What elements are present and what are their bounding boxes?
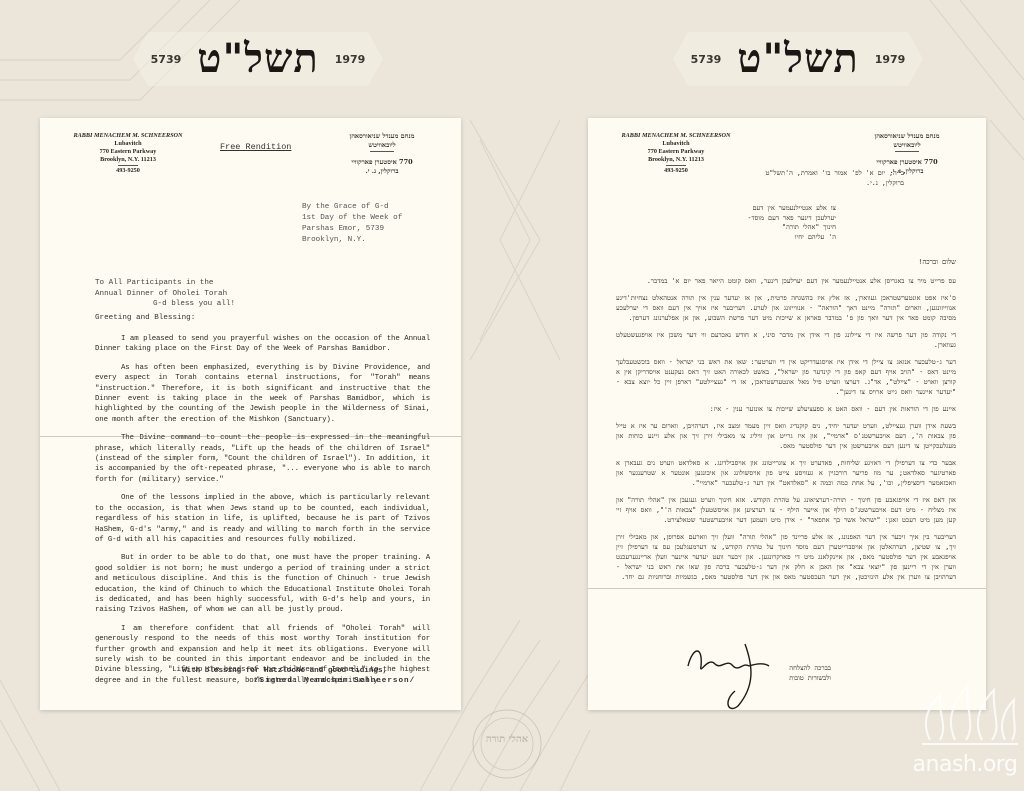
- closing-line: ולבשורות טובות: [789, 673, 831, 683]
- paragraph: דער ג-טלעכער אנזאג צו ציילן די אידן איז …: [616, 357, 956, 397]
- letterhead-org: ליובאוויטש: [327, 141, 437, 150]
- date-line: ברוקלין, נ.י.: [765, 178, 904, 188]
- paragraph: ס'איז אפט אונטערשטראכן געווארן, אז אלץ א…: [616, 293, 956, 323]
- date-line: Brooklyn, N.Y.: [302, 235, 402, 246]
- closing-line: With blessing for Hatzlocho and good tid…: [182, 666, 415, 676]
- divider: [666, 165, 686, 166]
- letterhead-phone: 493-9250: [612, 167, 740, 175]
- addressee-line: ה' עליהם יחיו: [748, 233, 836, 243]
- divider: [118, 165, 138, 166]
- paragraph: איינע פון די הוראות אין דעם - וואס האט א…: [616, 404, 956, 414]
- letterhead-street: 770 איסטערן פארקוויי: [327, 158, 437, 167]
- gregorian-year: 1979: [335, 53, 366, 66]
- paragraph: One of the lessons implied in the above,…: [95, 493, 430, 545]
- svg-text:אהלי תורה: אהלי תורה: [486, 733, 529, 745]
- hebrew-numeric-year: 5739: [151, 53, 182, 66]
- letterhead-org: ליובאוויטש: [852, 141, 962, 150]
- closing-block: With blessing for Hatzlocho and good tid…: [182, 666, 415, 686]
- paper-fold: [40, 436, 461, 437]
- letterhead-city: Brooklyn, N.Y. 11213: [64, 156, 192, 164]
- paragraph: בשעת אידן ווערן געציילט, ווערט יעדער יחי…: [616, 421, 956, 451]
- closing-block: בברכה להצלחה ולבשורות טובות: [789, 663, 831, 683]
- hebrew-year-title: תשל"ט: [197, 39, 318, 79]
- paragraph: The Divine command to count the people i…: [95, 433, 430, 485]
- letterhead-name: RABBI MENACHEM M. SCHNEERSON: [612, 132, 740, 140]
- paper-fold: [588, 588, 986, 589]
- year-badge-right: 5739 תשל"ט 1979: [673, 32, 923, 86]
- letterhead-street: 770 איסטערן פארקוויי: [852, 158, 962, 167]
- paragraph: עס פרייט מיר צו באגריסן אלע אנטיילנעמער …: [616, 276, 956, 286]
- paragraph: און דאס איז די אויפגאבע פון חינוך - תורה…: [616, 495, 956, 525]
- letterhead-name: RABBI MENACHEM M. SCHNEERSON: [64, 132, 192, 140]
- addressee-line: חינוך "אהלי תורה": [748, 223, 836, 233]
- date-line: By the Grace of G-d: [302, 202, 402, 213]
- greeting: שלום וברכה!: [918, 258, 956, 266]
- letterhead-english: RABBI MENACHEM M. SCHNEERSON Lubavitch 7…: [64, 132, 192, 175]
- letterhead-city: ברוקלין, נ. י.: [327, 167, 437, 176]
- hebrew-numeric-year: 5739: [691, 53, 722, 66]
- english-letter: RABBI MENACHEM M. SCHNEERSON Lubavitch 7…: [40, 118, 461, 710]
- paragraph: But in order to be able to do that, one …: [95, 553, 430, 615]
- addressee-line: יערלעכן דינער פאר דעם מוסד-: [748, 214, 836, 224]
- paragraph: דעריבער בין איך זיכער אין דער האפנונג, א…: [616, 532, 956, 582]
- closing-line: בברכה להצלחה: [789, 663, 831, 673]
- paragraph: As has often been emphasized, everything…: [95, 363, 430, 425]
- paragraph: I am pleased to send you prayerful wishe…: [95, 334, 430, 355]
- letterhead-english: RABBI MENACHEM M. SCHNEERSON Lubavitch 7…: [612, 132, 740, 175]
- oholei-torah-seal-icon: אהלי תורה: [470, 700, 545, 788]
- signed-line: /Signed: Menachem Schneerson/: [182, 676, 415, 686]
- letter-body: I am pleased to send you prayerful wishe…: [95, 334, 430, 694]
- date-line: ב"ה, יום א' לפ' אמור בו' ואמרת, ה'תשל"ט: [765, 168, 904, 178]
- addressee-block: צו אלע אנטיילנעמער אין דעם יערלעכן דינער…: [748, 204, 836, 242]
- free-rendition-label: Free Rendition: [220, 142, 291, 152]
- signature-icon: [683, 636, 773, 714]
- addressee-line: G-d bless you all!: [95, 299, 235, 310]
- anash-flame-logo-icon: [910, 670, 1020, 750]
- watermark-text: anash.org: [910, 752, 1020, 777]
- date-line: 1st Day of the Week of: [302, 213, 402, 224]
- letterhead-city: Brooklyn, N.Y. 11213: [612, 156, 740, 164]
- letterhead-org: Lubavitch: [612, 140, 740, 148]
- letterhead-name: מנחם מענדל שניאורסאהן: [852, 132, 962, 141]
- divider: [895, 151, 919, 152]
- letter-body: עס פרייט מיר צו באגריסן אלע אנטיילנעמער …: [616, 276, 956, 589]
- addressee-line: Annual Dinner of Oholei Torah: [95, 289, 235, 300]
- gregorian-year: 1979: [875, 53, 906, 66]
- paragraph: די נקודה פון דער פרשה איז די ציילונג פון…: [616, 330, 956, 350]
- addressee-line: צו אלע אנטיילנעמער אין דעם: [748, 204, 836, 214]
- date-block: By the Grace of G-d 1st Day of the Week …: [302, 202, 402, 246]
- addressee-block: To All Participants in the Annual Dinner…: [95, 278, 235, 310]
- divider: [370, 151, 394, 152]
- addressee-line: To All Participants in the: [95, 278, 235, 289]
- date-line: Parshas Emor, 5739: [302, 224, 402, 235]
- anash-watermark: anash.org: [910, 670, 1020, 785]
- letterhead-hebrew: מנחם מענדל שניאורסאהן ליובאוויטש 770 איס…: [327, 132, 437, 176]
- date-block: ב"ה, יום א' לפ' אמור בו' ואמרת, ה'תשל"ט …: [765, 168, 904, 188]
- letterhead-org: Lubavitch: [64, 140, 192, 148]
- letterhead-street: 770 Eastern Parkway: [64, 148, 192, 156]
- greeting: Greeting and Blessing:: [95, 314, 195, 322]
- hebrew-letter: RABBI MENACHEM M. SCHNEERSON Lubavitch 7…: [588, 118, 986, 710]
- hebrew-year-title: תשל"ט: [737, 39, 858, 79]
- year-badge-left: 5739 תשל"ט 1979: [133, 32, 383, 86]
- letterhead-street: 770 Eastern Parkway: [612, 148, 740, 156]
- letterhead-phone: 493-9250: [64, 167, 192, 175]
- paragraph: אבער כדי צו דערפילן די דאזיגע שליחות, פא…: [616, 458, 956, 488]
- letterhead-name: מנחם מענדל שניאורסאהן: [327, 132, 437, 141]
